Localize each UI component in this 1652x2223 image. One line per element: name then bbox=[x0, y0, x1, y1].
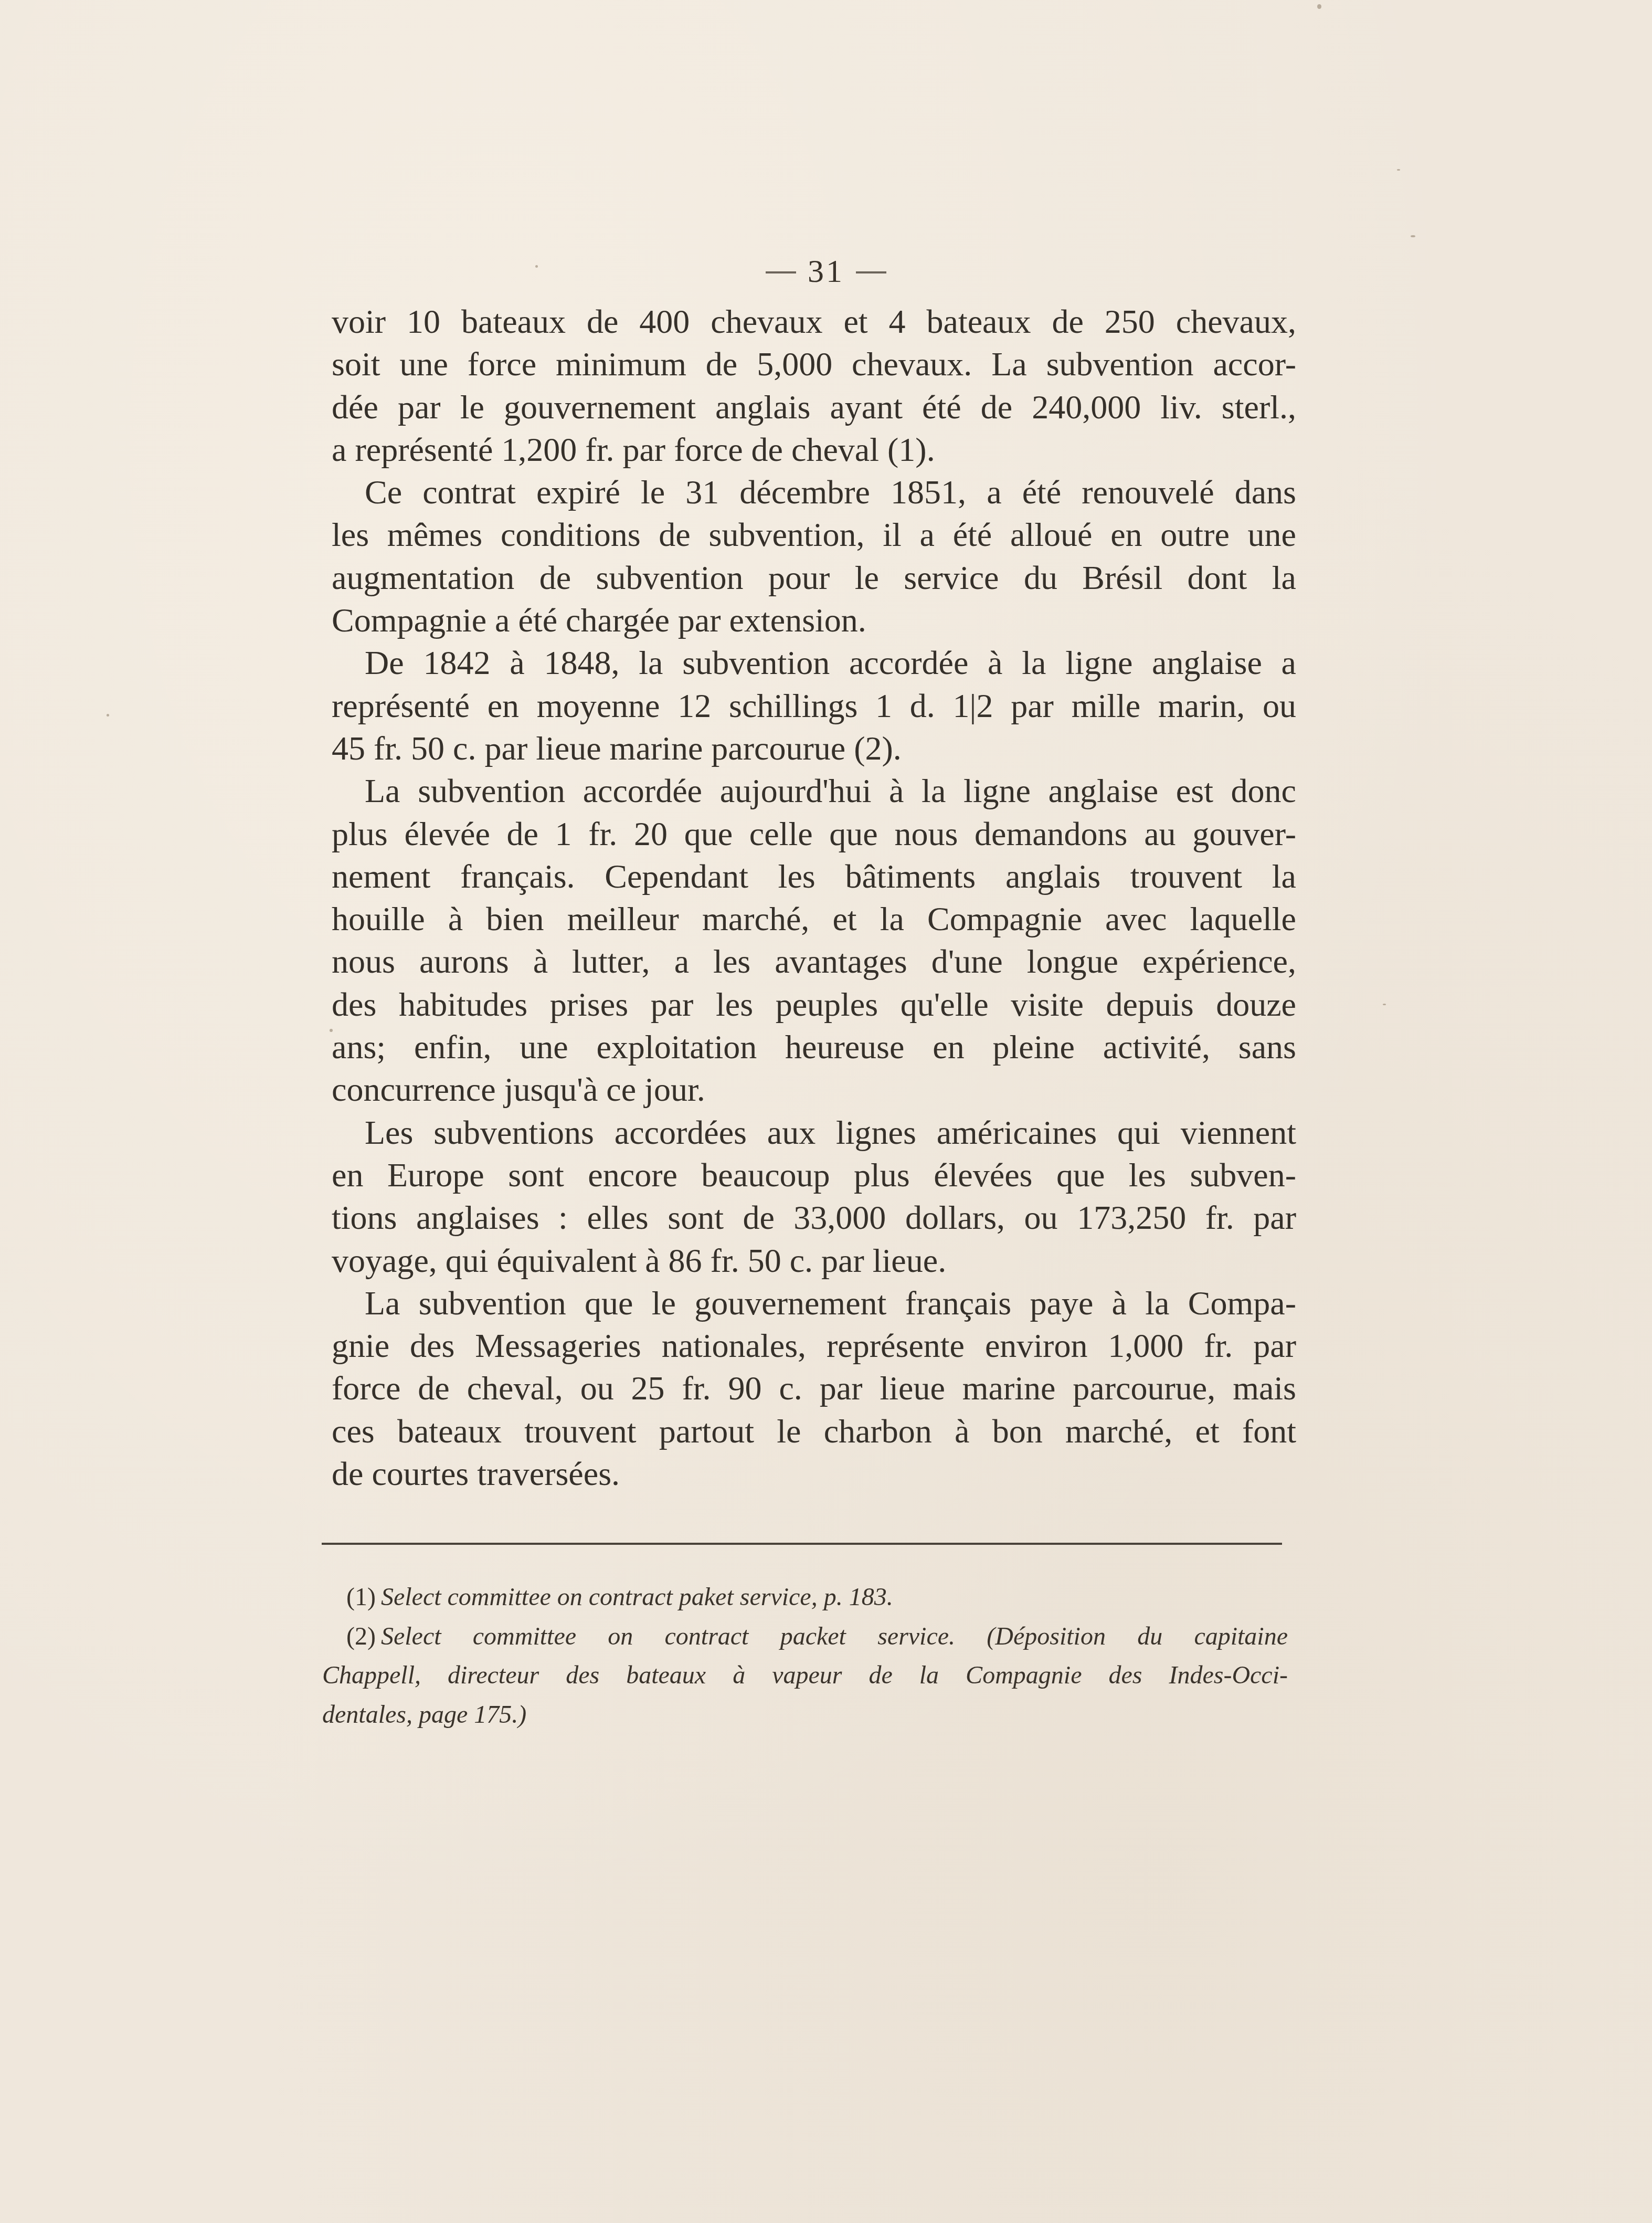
page-number: 31 bbox=[0, 253, 1652, 290]
body-line: concurrence jusqu'à ce jour. bbox=[332, 1068, 1296, 1111]
footnote-line: dentales, page 175.) bbox=[322, 1695, 1288, 1735]
paper-speck bbox=[535, 265, 538, 268]
body-line: force de cheval, ou 25 fr. 90 c. par lie… bbox=[332, 1367, 1296, 1409]
paper-speck bbox=[1411, 235, 1415, 237]
footnote-line: Chappell, directeur des bateaux à vapeur… bbox=[322, 1656, 1288, 1695]
footnote-marker: (2) bbox=[346, 1623, 376, 1650]
body-line: augmentation de subvention pour le servi… bbox=[332, 556, 1296, 599]
body-line: plus élevée de 1 fr. 20 que celle que no… bbox=[332, 813, 1296, 855]
page-number-dash-right bbox=[856, 271, 886, 273]
paper-speck bbox=[1383, 1004, 1386, 1005]
body-line: De 1842 à 1848, la subvention accordée à… bbox=[332, 641, 1296, 684]
footnotes: (1)Select committee on contract paket se… bbox=[322, 1578, 1288, 1734]
body-line: 45 fr. 50 c. par lieue marine parcourue … bbox=[332, 727, 1296, 770]
body-line: nement français. Cependant les bâtiments… bbox=[332, 855, 1296, 898]
body-line: ces bateaux trouvent partout le charbon … bbox=[332, 1410, 1296, 1452]
body-line: représenté en moyenne 12 schillings 1 d.… bbox=[332, 684, 1296, 727]
body-line: Les subventions accordées aux lignes amé… bbox=[332, 1111, 1296, 1154]
body-line: les mêmes conditions de subvention, il a… bbox=[332, 513, 1296, 556]
footnote-line: (1)Select committee on contract paket se… bbox=[322, 1578, 1288, 1617]
body-line: nous aurons à lutter, a les avantages d'… bbox=[332, 940, 1296, 983]
footnote-separator-rule bbox=[322, 1543, 1282, 1545]
paper-speck bbox=[1317, 4, 1321, 9]
body-line: Compagnie a été chargée par extension. bbox=[332, 599, 1296, 641]
paper-speck bbox=[1397, 169, 1400, 171]
book-page: 31 voir 10 bateaux de 400 chevaux et 4 b… bbox=[0, 0, 1652, 2223]
paper-speck bbox=[107, 714, 109, 717]
body-line: des habitudes prises par les peuples qu'… bbox=[332, 983, 1296, 1026]
body-line: Ce contrat expiré le 31 décembre 1851, a… bbox=[332, 471, 1296, 513]
body-line: La subvention accordée aujourd'hui à la … bbox=[332, 770, 1296, 812]
body-line: ans; enfin, une exploitation heureuse en… bbox=[332, 1026, 1296, 1068]
footnote-text: dentales, page 175.) bbox=[322, 1701, 526, 1729]
footnote-line: (2)Select committee on contract packet s… bbox=[322, 1617, 1288, 1657]
body-line: houille à bien meilleur marché, et la Co… bbox=[332, 898, 1296, 940]
page-number-value: 31 bbox=[808, 254, 844, 289]
body-line: de courtes traversées. bbox=[332, 1452, 1296, 1495]
footnote-text: Chappell, directeur des bateaux à vapeur… bbox=[322, 1661, 1288, 1689]
body-line: gnie des Messageries nationales, représe… bbox=[332, 1324, 1296, 1367]
footnote-text: Select committee on contract packet serv… bbox=[381, 1623, 1288, 1650]
body-line: en Europe sont encore beaucoup plus élev… bbox=[332, 1154, 1296, 1196]
body-line: soit une force minimum de 5,000 chevaux.… bbox=[332, 343, 1296, 385]
footnote-marker: (1) bbox=[346, 1583, 376, 1611]
body-line: voir 10 bateaux de 400 chevaux et 4 bate… bbox=[332, 300, 1296, 343]
body-line: tions anglaises : elles sont de 33,000 d… bbox=[332, 1196, 1296, 1239]
body-line: La subvention que le gouvernement frança… bbox=[332, 1282, 1296, 1324]
paper-speck bbox=[330, 1029, 333, 1032]
body-line: voyage, qui équivalent à 86 fr. 50 c. pa… bbox=[332, 1239, 1296, 1282]
body-line: dée par le gouvernement anglais ayant ét… bbox=[332, 386, 1296, 428]
footnote-text: Select committee on contract paket servi… bbox=[381, 1583, 893, 1611]
body-line: a représenté 1,200 fr. par force de chev… bbox=[332, 428, 1296, 471]
body-text: voir 10 bateaux de 400 chevaux et 4 bate… bbox=[332, 300, 1296, 1495]
page-number-dash-left bbox=[766, 271, 796, 273]
